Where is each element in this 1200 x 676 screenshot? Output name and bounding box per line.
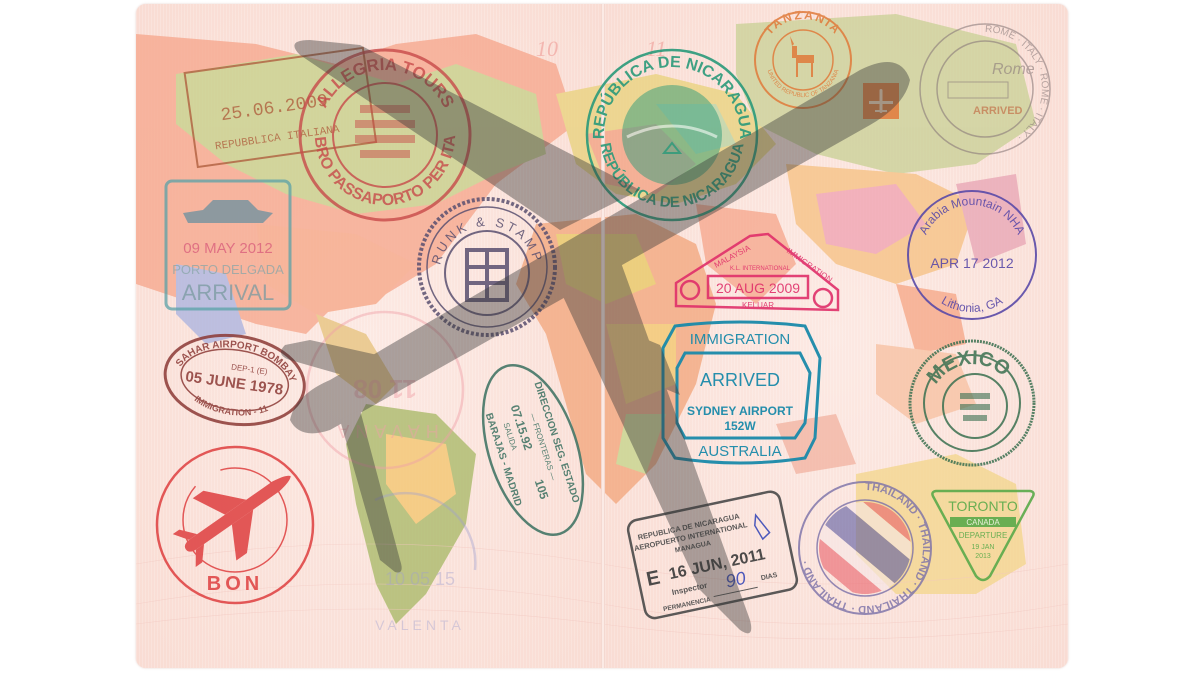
airplane-shadow bbox=[0, 0, 1200, 676]
